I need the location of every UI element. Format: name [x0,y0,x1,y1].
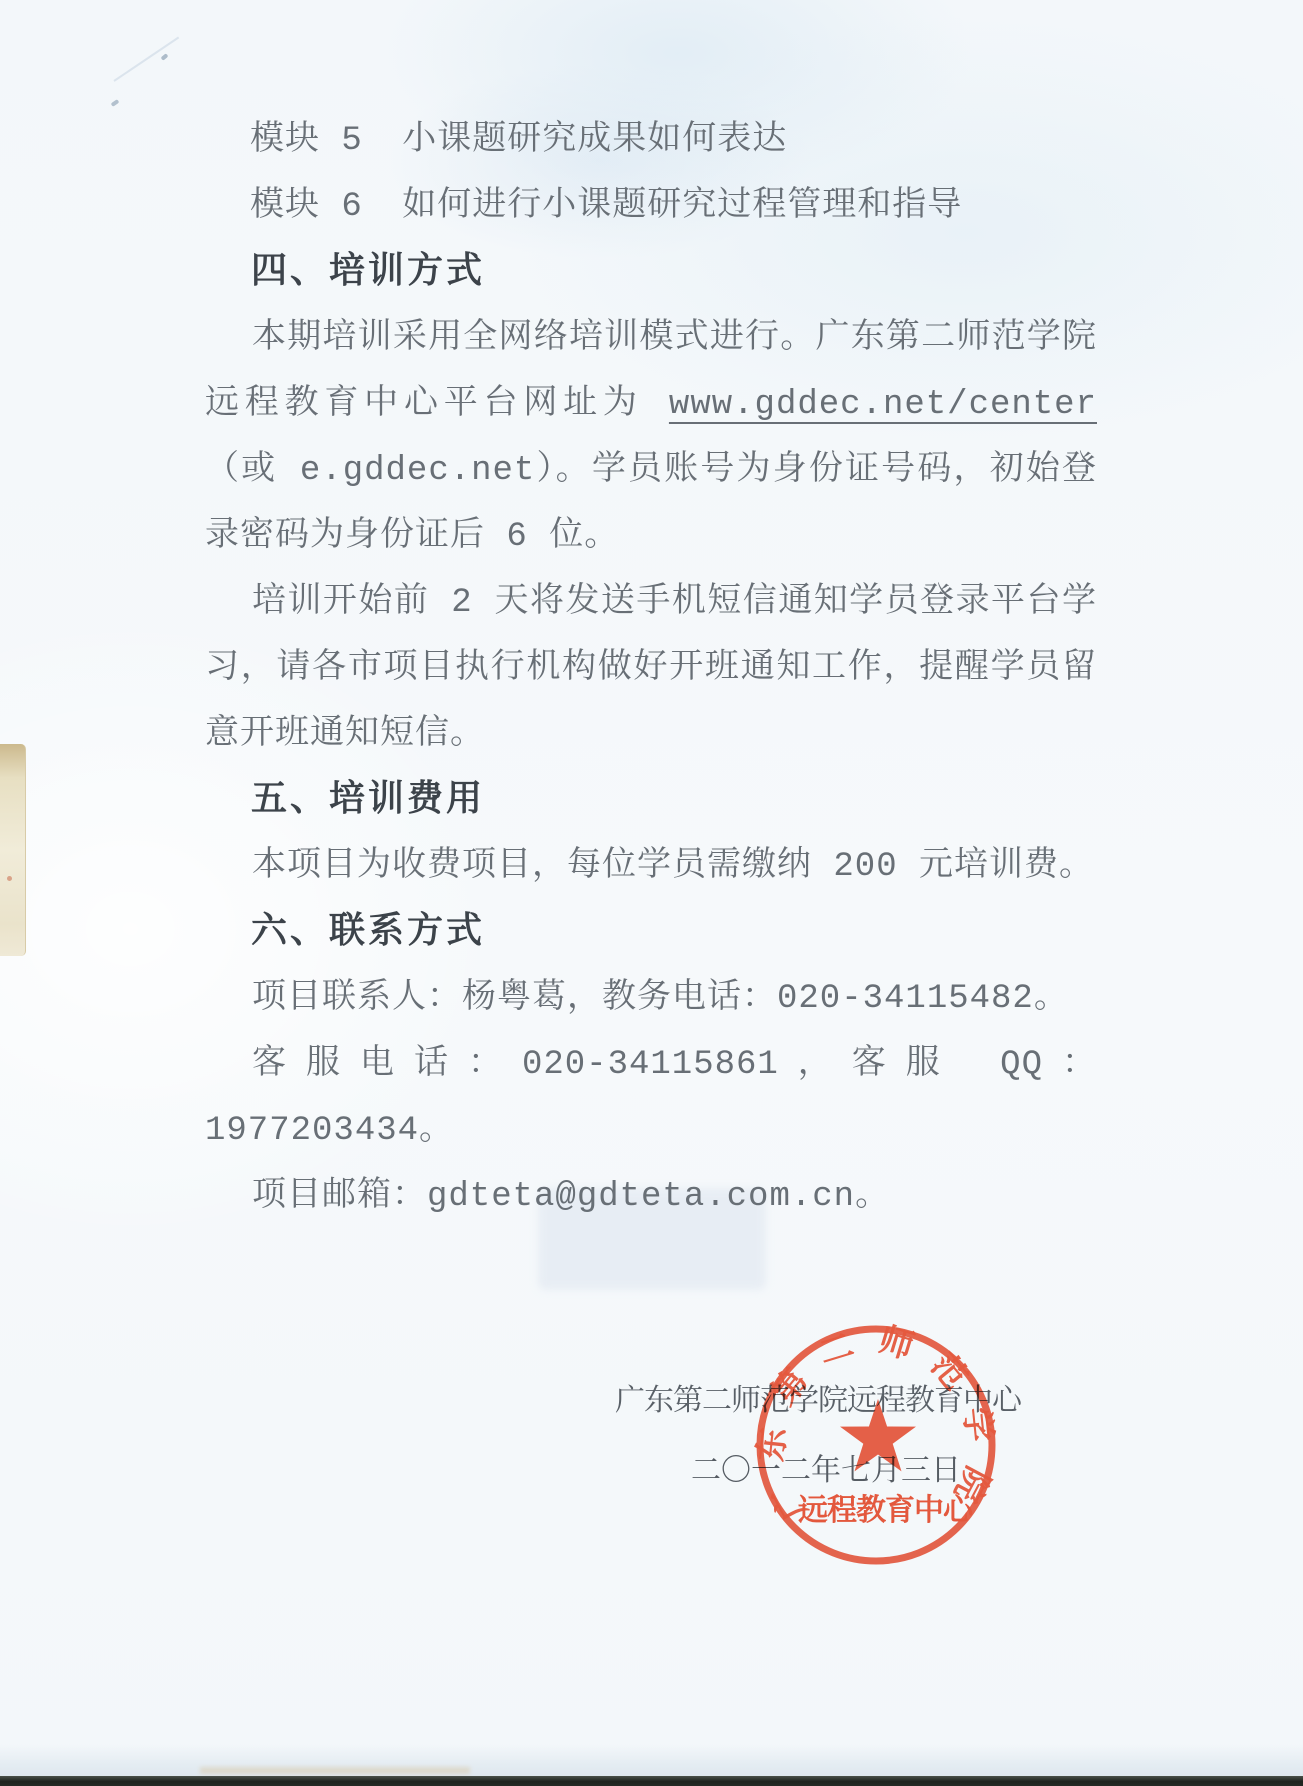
paragraph-fee: 本项目为收费项目，每位学员需缴纳 200 元培训费。 [205,834,1097,900]
paragraph-sms-notice: 培训开始前 2 天将发送手机短信通知学员登录平台学习，请各市项目执行机构做好开班… [205,570,1097,768]
scanner-edge-band [0,1744,1303,1777]
scanner-edge-smudge [200,1767,470,1774]
paragraph-service-phone: 客服电话：020-34115861，客服 QQ：1977203434。 [205,1032,1097,1164]
tape-mark [0,744,26,956]
module-label: 模块 5 [250,108,363,174]
star-icon [840,1399,916,1471]
module-title: 小课题研究成果如何表达 [402,122,787,160]
section-heading-training-method: 四、培训方式 [205,240,1097,306]
seal-center-text: 远程教育中心 [798,1493,974,1527]
module-title: 如何进行小课题研究过程管理和指导 [402,188,962,226]
scan-speck [161,53,169,61]
paragraph-project-email: 项目邮箱：gdteta@gdteta.com.cn。 [205,1164,1097,1230]
section-heading-training-fee: 五、培训费用 [205,768,1097,834]
module-item-5: 模块 5 小课题研究成果如何表达 [205,108,1097,174]
paragraph-contact-person: 项目联系人：杨粤葛，教务电话：020-34115482。 [205,966,1097,1032]
module-label: 模块 6 [250,174,363,240]
scan-speck [111,99,120,107]
official-seal: 广东第二师范学院 远程教育中心 [754,1323,998,1567]
document-body: 模块 5 小课题研究成果如何表达 模块 6 如何进行小课题研究过程管理和指导 四… [205,108,1097,1230]
paragraph-text: （或 e.gddec.net）。学员账号为身份证号码，初始登录密码为身份证后 6… [205,452,1097,556]
section-heading-contact: 六、联系方式 [205,900,1097,966]
tape-dot [7,876,12,881]
scan-crease [113,37,179,82]
paragraph-training-method: 本期培训采用全网络培训模式进行。广东第二师范学院远程教育中心平台网址为 www.… [205,306,1097,570]
scanner-edge-strip [0,1776,1303,1786]
scanned-document-page: 模块 5 小课题研究成果如何表达 模块 6 如何进行小课题研究过程管理和指导 四… [0,0,1303,1786]
platform-url-text: www.gddec.net/center [669,386,1097,424]
module-item-6: 模块 6 如何进行小课题研究过程管理和指导 [205,174,1097,240]
